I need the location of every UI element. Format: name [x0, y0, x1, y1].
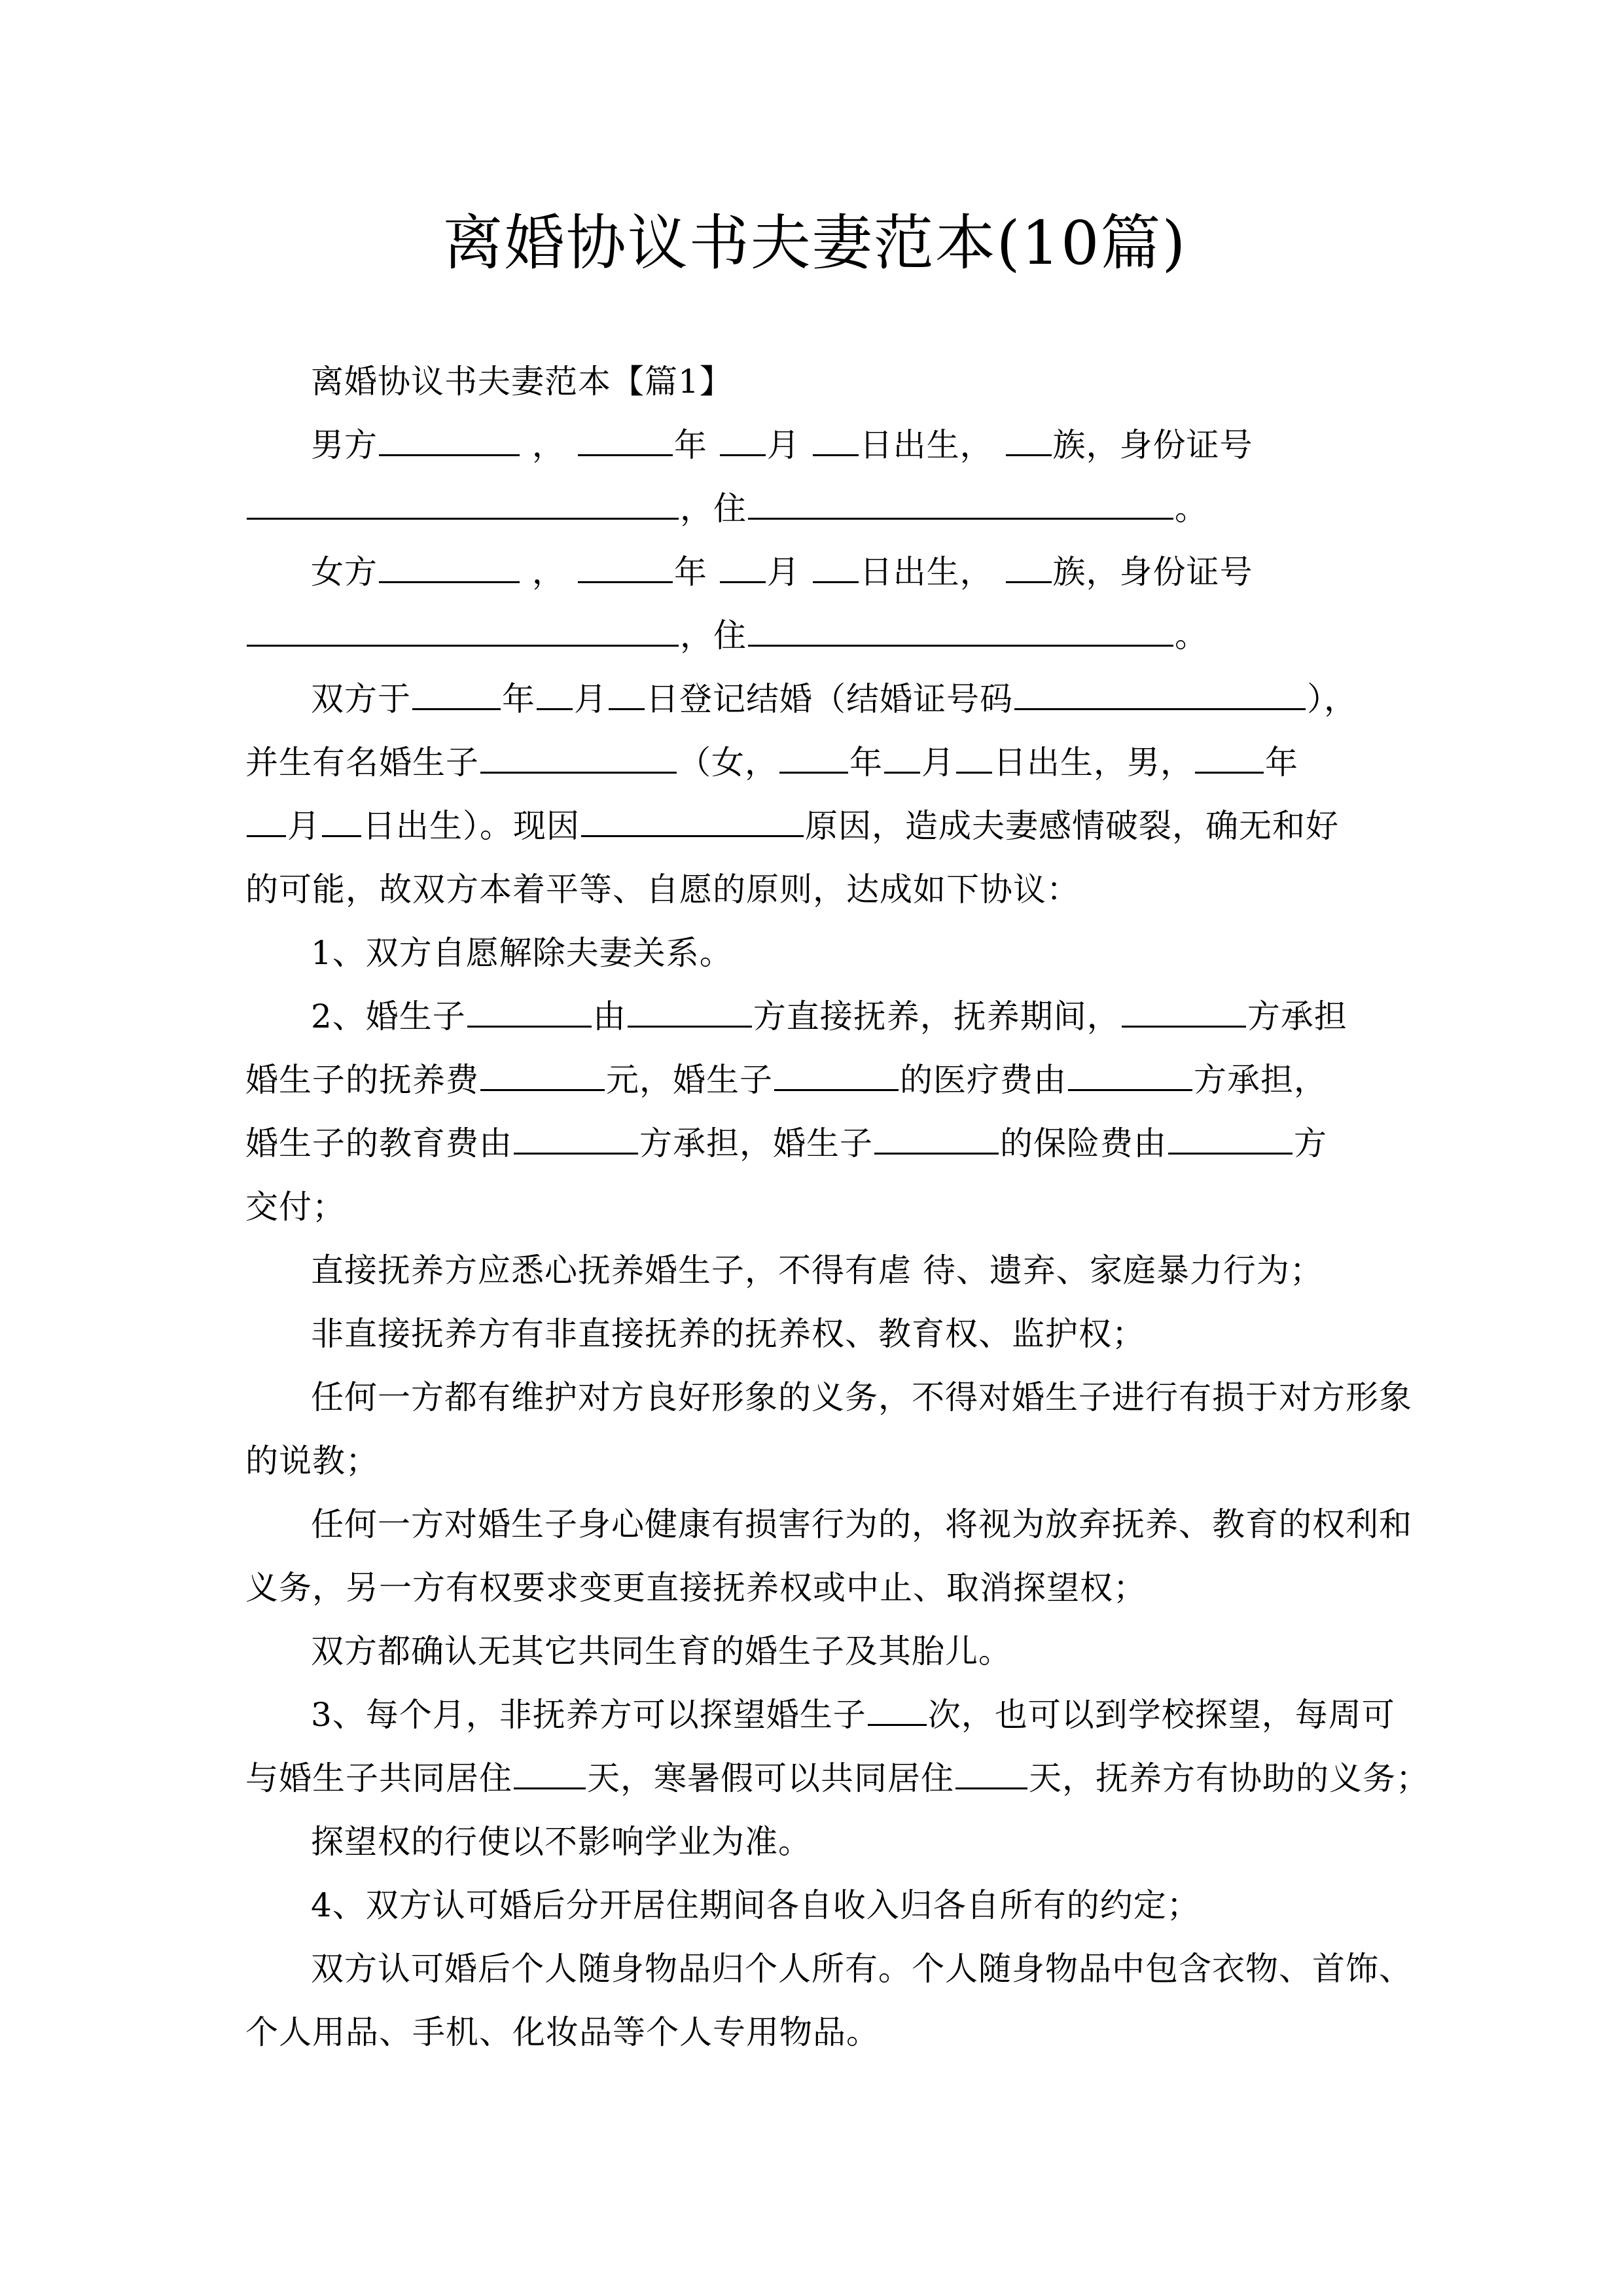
male-address-blank [748, 489, 1173, 520]
holiday-days-blank [955, 1759, 1027, 1789]
male-birth-month-blank [720, 425, 766, 456]
monthly-visits-blank [868, 1695, 927, 1726]
female-party-paragraph: 女方 ， 年 月 日出生， 族，身份证号 ，住。 [245, 541, 1384, 668]
clause-1: 1、双方自愿解除夫妻关系。 [245, 922, 1450, 985]
medical-party-blank [1068, 1060, 1192, 1091]
support-party-blank [1122, 997, 1246, 1028]
marriage-certificate-number-blank [1014, 679, 1306, 710]
female-name-blank [379, 552, 520, 583]
indirect-custody-paragraph: 非直接抚养方有非直接抚养的抚养权、教育权、监护权； [245, 1302, 1450, 1366]
son-birth-year-blank [1195, 743, 1264, 774]
marriage-paragraph: 双方于年月日登记结婚（结婚证号码）， 并生有名婚生子（女，年月日出生，男，年 月… [245, 668, 1384, 922]
weekly-days-blank [514, 1759, 586, 1789]
clause-2: 2、婚生子由方直接抚养，抚养期间，方承担 婚生子的抚养费元，婚生子的医疗费由方承… [245, 985, 1384, 1239]
daughter-birth-year-blank [779, 743, 848, 774]
custody-party-blank [628, 997, 752, 1028]
daughter-birth-day-blank [956, 743, 992, 774]
medical-child-blank [774, 1060, 899, 1091]
personal-items-paragraph: 双方认可婚后个人随身物品归个人所有。个人随身物品中包含衣物、首饰、 个人用品、手… [245, 1937, 1384, 2064]
male-birth-day-blank [813, 425, 859, 456]
female-birth-year-blank [578, 552, 673, 583]
female-birth-day-blank [813, 552, 859, 583]
section-heading: 离婚协议书夫妻范本【篇1】 [245, 350, 1450, 414]
custody-child-blank [467, 997, 592, 1028]
clause-4: 4、双方认可婚后分开居住期间各自收入归各自所有的约定； [245, 1874, 1450, 1937]
marriage-day-blank [609, 679, 645, 710]
harm-paragraph: 任何一方对婚生子身心健康有损害行为的，将视为放弃抚养、教育的权利和 义务，另一方… [245, 1493, 1384, 1620]
marriage-year-blank [412, 679, 501, 710]
support-amount-blank [480, 1060, 605, 1091]
female-id-number-blank [247, 616, 679, 647]
male-name-blank [379, 425, 520, 456]
divorce-reason-blank [581, 806, 804, 837]
female-ethnicity-blank [1006, 552, 1052, 583]
insurance-child-blank [874, 1124, 999, 1155]
female-birth-month-blank [720, 552, 766, 583]
male-party-paragraph: 男方 ， 年 月 日出生， 族，身份证号 ，住。 [245, 414, 1384, 541]
document-title: 离婚协议书夫妻范本(10篇) [245, 204, 1384, 283]
marriage-month-blank [537, 679, 573, 710]
male-id-number-blank [247, 489, 679, 520]
image-duty-paragraph: 任何一方都有维护对方良好形象的义务，不得对婚生子进行有损于对方形象 的说教； [245, 1366, 1384, 1493]
son-birth-day-blank [322, 806, 361, 837]
confirm-paragraph: 双方都确认无其它共同生育的婚生子及其胎儿。 [245, 1620, 1450, 1683]
son-birth-month-blank [247, 806, 286, 837]
male-ethnicity-blank [1006, 425, 1052, 456]
daughter-birth-month-blank [884, 743, 920, 774]
female-address-blank [748, 616, 1173, 647]
child-name-blank [480, 743, 677, 774]
education-party-blank [514, 1124, 638, 1155]
direct-custody-paragraph: 直接抚养方应悉心抚养婚生子，不得有虐 待、遗弃、家庭暴力行为； [245, 1239, 1450, 1302]
insurance-party-blank [1168, 1124, 1293, 1155]
clause-3: 3、每个月，非抚养方可以探望婚生子次，也可以到学校探望，每周可 与婚生子共同居住… [245, 1683, 1384, 1874]
male-birth-year-blank [578, 425, 673, 456]
